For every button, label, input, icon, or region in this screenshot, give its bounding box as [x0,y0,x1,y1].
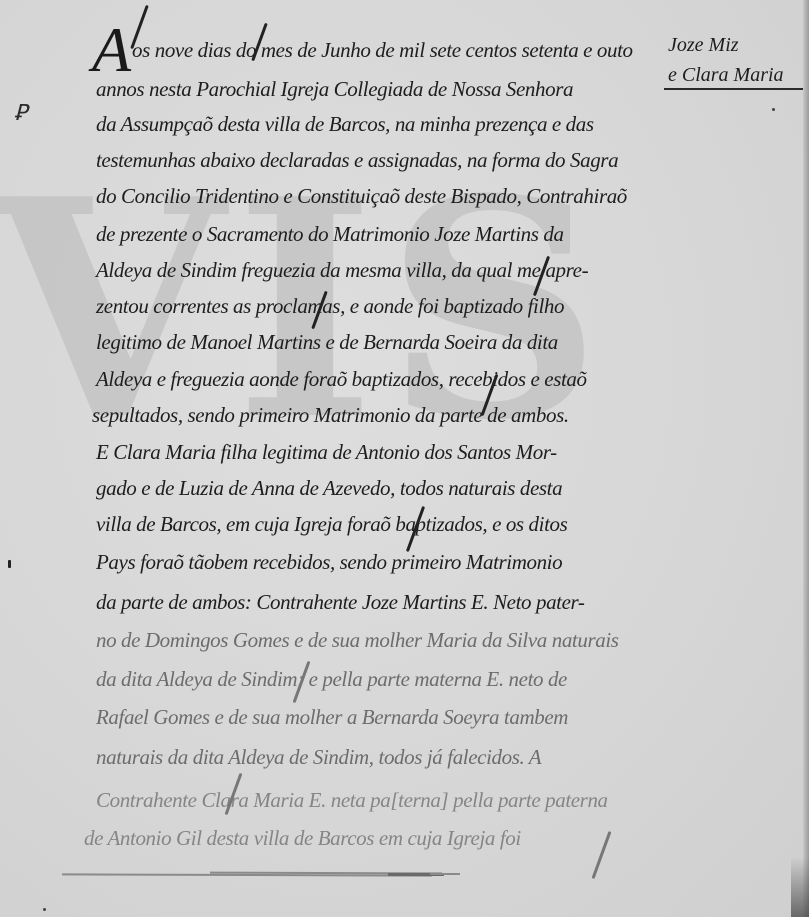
record-line-17: no de Domingos Gomes e de sua molher Mar… [96,628,619,653]
page-edge [803,0,809,917]
record-line-5: do Concilio Tridentino e Constituiçaõ de… [96,184,627,209]
record-line-13: gado e de Luzia de Anna de Azevedo, todo… [96,476,562,501]
record-line-22: de Antonio Gil desta villa de Barcos em … [84,826,521,851]
record-line-7: Aldeya de Sindim freguezia da mesma vill… [96,258,588,283]
ink-dot [772,108,775,111]
record-line-9: legitimo de Manoel Martins e de Bernarda… [96,330,558,355]
margin-tick [8,560,11,568]
record-initial-letter: A [92,18,131,82]
margin-names: Joze Miz e Clara Maria [668,30,808,90]
record-line-20: naturais da dita Aldeya de Sindim, todos… [96,745,541,770]
ink-dot [43,908,46,911]
record-line-14: villa de Barcos, em cuja Igreja foraõ ba… [96,512,567,537]
record-line-2: annos nesta Parochial Igreja Collegiada … [96,77,573,102]
margin-name-bride: e Clara Maria [668,60,808,90]
record-line-4: testemunhas abaixo declaradas e assignad… [96,148,618,173]
record-line-6: de prezente o Sacramento do Matrimonio J… [96,222,564,247]
record-line-8: zentou correntes as proclamas, e aonde f… [96,294,564,319]
margin-underline [664,88,806,90]
record-line-15: Pays foraõ tãobem recebidos, sendo prime… [96,550,562,575]
record-line-1: os nove dias do mes de Junho de mil sete… [132,38,633,63]
page-corner-shadow [791,857,809,917]
record-line-3: da Assumpçaõ desta villa de Barcos, na m… [96,112,594,137]
record-line-19: Rafael Gomes e de sua molher a Bernarda … [96,705,568,730]
margin-mark: Ꝑ [14,100,27,126]
record-line-11: sepultados, sendo primeiro Matrimonio da… [92,403,569,428]
record-line-21: Contrahente Clara Maria E. neta pa[terna… [96,788,608,813]
end-rule [430,873,460,875]
manuscript-page: VIS Ꝑ Joze Miz e Clara Maria A os nove d… [0,0,809,917]
record-line-16: da parte de ambos: Contrahente Joze Mart… [96,590,584,615]
record-line-12: E Clara Maria filha legitima de Antonio … [96,440,557,465]
record-line-10: Aldeya e freguezia aonde foraõ baptizado… [96,367,587,392]
ink-stroke [592,831,612,879]
record-line-18: da dita Aldeya de Sindim; e pella parte … [96,667,567,692]
margin-name-groom: Joze Miz [668,30,808,60]
